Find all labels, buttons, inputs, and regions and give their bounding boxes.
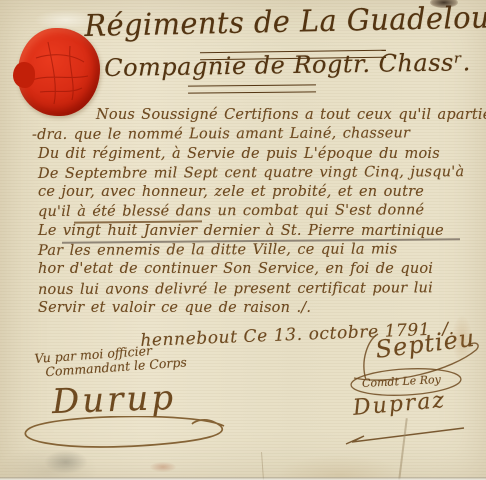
body-line: -dra. que le nommé Louis amant Lainé, ch… xyxy=(32,124,478,145)
subtitle-double-rule xyxy=(188,84,316,93)
document-page: Régiments de La Guadeloupe Compagnie de … xyxy=(0,0,486,480)
officer-annotation: Vu par moi officier Commandant le Corps xyxy=(34,341,187,380)
wax-seal-edge xyxy=(13,62,35,88)
paper-crease xyxy=(261,452,264,480)
smudge-stain xyxy=(44,450,88,474)
foxing-stain xyxy=(150,462,176,472)
body-line: nous lui avons delivré le present certif… xyxy=(38,279,478,300)
body-line: Nous Soussigné Certifions a tout ceux qu… xyxy=(38,106,478,125)
page-subtitle: Compagnie de Rogtr. Chassʳ. xyxy=(104,48,471,82)
body-line: Par les ennemis de la ditte Ville, ce qu… xyxy=(38,240,478,261)
certificate-body: Nous Soussigné Certifions a tout ceux qu… xyxy=(38,106,478,318)
body-line: ce jour, avec honneur, zele et probité, … xyxy=(38,183,478,202)
body-line: Du dit régiment, à Servie de puis L'époq… xyxy=(38,145,478,164)
body-line: qu'il à été blessé dans un combat qui S'… xyxy=(38,202,478,223)
body-line: De Septembre mil Sept cent quatre vingt … xyxy=(38,163,478,184)
signature-durup-flourish xyxy=(6,416,246,456)
body-line: Servir et valoir ce que de raison ./. xyxy=(38,299,478,318)
foxing-stain xyxy=(452,316,472,362)
page-title: Régiments de La Guadeloupe xyxy=(84,0,486,44)
body-line: hor d'etat de continuer Son Service, en … xyxy=(38,260,478,279)
